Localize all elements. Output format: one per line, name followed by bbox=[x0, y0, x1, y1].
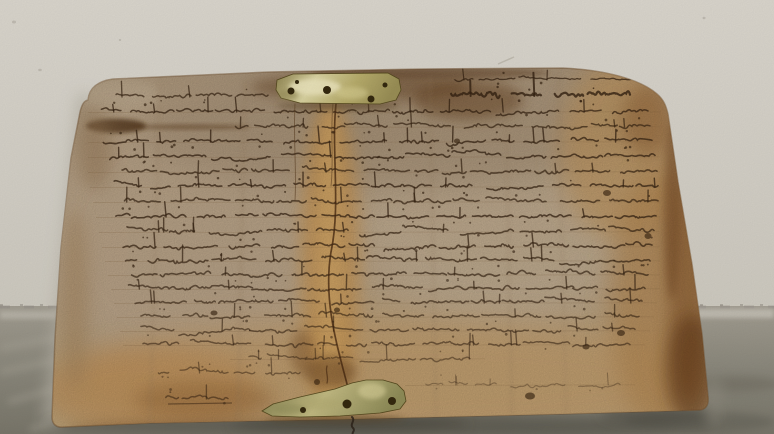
photo-grain bbox=[0, 0, 774, 434]
photograph-wooden-quran-tablet bbox=[0, 0, 774, 434]
scene-canvas bbox=[0, 0, 774, 434]
